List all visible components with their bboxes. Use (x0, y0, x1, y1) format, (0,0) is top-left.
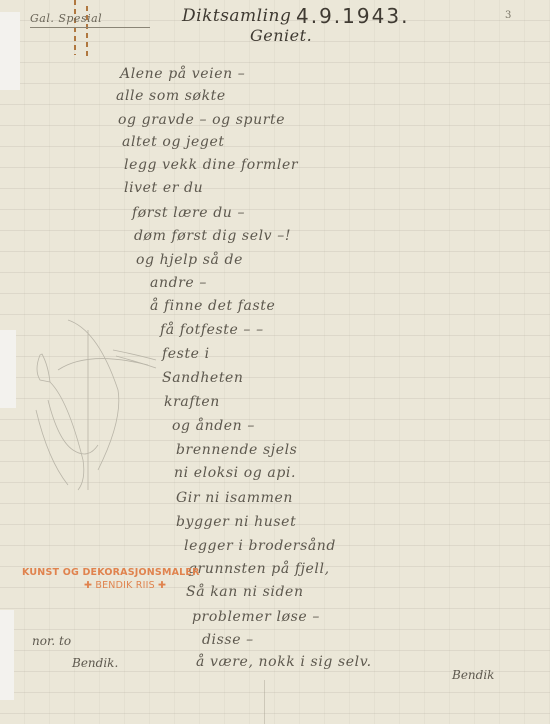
pencil-sketch-icon (28, 310, 158, 500)
fold-crease (264, 680, 265, 724)
poem-line: brennende sjels (176, 442, 297, 458)
manuscript-date: 4.9.1943. (296, 4, 409, 28)
poem-line: døm først dig selv –! (134, 228, 291, 244)
poem-line: og gravde – og spurte (118, 112, 285, 128)
tape-strip (0, 610, 14, 700)
poem-line: disse – (202, 632, 254, 648)
poem-line: først lære du – (132, 205, 245, 221)
poem-line: ni eloksi og api. (174, 465, 296, 481)
artist-stamp: KUNST OG DEKORASJONSMALER ✚ BENDIK RIIS … (22, 566, 200, 592)
tape-strip (0, 330, 16, 408)
poem-line: kraften (164, 394, 220, 410)
poem-line: altet og jeget (122, 134, 225, 150)
poem-line: Sandheten (162, 370, 244, 386)
poem-line: alle som søkte (116, 88, 226, 104)
poem-line: grunnsten på fjell, (188, 561, 330, 577)
poem-line: og hjelp så de (136, 252, 243, 268)
page-number: 3 (505, 10, 512, 21)
poem-line: feste i (162, 346, 210, 362)
poem-line: Gir ni isammen (176, 490, 293, 506)
poem-line: Så kan ni siden (186, 584, 304, 600)
margin-note: Bendik. (72, 656, 118, 670)
poem-line: å finne det faste (150, 298, 275, 314)
tape-strip (0, 12, 20, 90)
poem-line: å være, nokk i sig selv. (196, 654, 372, 670)
poem-line: og ånden – (172, 418, 255, 434)
margin-note: nor. to (32, 634, 71, 648)
poem-line: andre – (150, 275, 207, 291)
manuscript-page: Gal. Spesial Diktsamling 4.9.1943. Genie… (0, 0, 550, 724)
manuscript-title: Diktsamling (182, 6, 291, 26)
poem-line: Alene på veien – (120, 66, 245, 82)
poem-line: legger i brodersånd (184, 538, 336, 554)
manuscript-subtitle: Geniet. (250, 26, 312, 45)
top-left-note: Gal. Spesial (30, 12, 150, 28)
signature: Bendik (452, 668, 494, 682)
poem-line: livet er du (124, 180, 203, 196)
poem-line: bygger ni huset (176, 514, 296, 530)
stamp-line-1: KUNST OG DEKORASJONSMALER (22, 567, 200, 578)
poem-line: legg vekk dine formler (124, 157, 298, 173)
stamp-line-2: ✚ BENDIK RIIS ✚ (22, 579, 200, 592)
poem-line: problemer løse – (192, 609, 320, 625)
poem-line: få fotfeste – – (160, 322, 264, 338)
